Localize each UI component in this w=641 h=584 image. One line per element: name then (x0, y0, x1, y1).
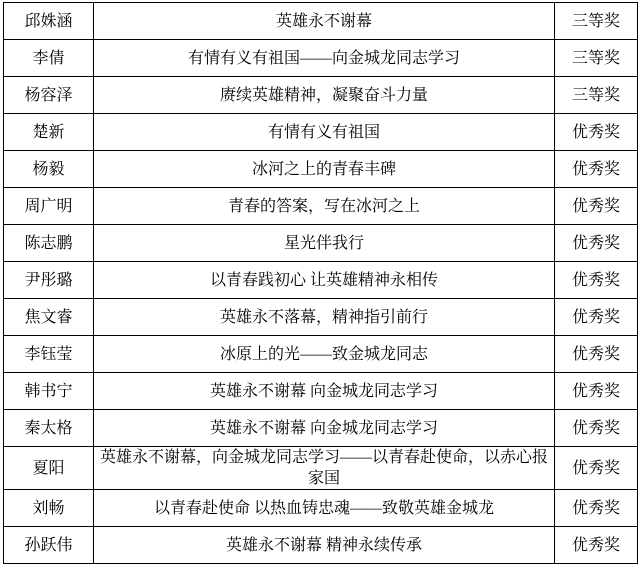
table-row: 邱姝涵英雄永不谢幕三等奖 (4, 3, 638, 40)
student-name-cell: 楚新 (4, 114, 94, 151)
award-cell: 优秀奖 (555, 114, 638, 151)
work-title-cell: 星光伴我行 (94, 225, 555, 262)
work-title-cell: 以青春践初心 让英雄精神永相传 (94, 262, 555, 299)
work-title-cell: 有情有义有祖国 (94, 114, 555, 151)
student-name-cell: 尹彤璐 (4, 262, 94, 299)
table-row: 夏阳英雄永不谢幕，向金城龙同志学习——以青春赴使命，以赤心报家国优秀奖 (4, 447, 638, 490)
table-row: 杨毅冰河之上的青春丰碑优秀奖 (4, 151, 638, 188)
award-cell: 三等奖 (555, 40, 638, 77)
award-cell: 优秀奖 (555, 410, 638, 447)
work-title-cell: 英雄永不谢幕 向金城龙同志学习 (94, 373, 555, 410)
table-row: 杨容泽赓续英雄精神，凝聚奋斗力量三等奖 (4, 77, 638, 114)
table-row: 周广明青春的答案，写在冰河之上优秀奖 (4, 188, 638, 225)
table-row: 李钰莹冰原上的光——致金城龙同志优秀奖 (4, 336, 638, 373)
work-title-cell: 英雄永不谢幕 (94, 3, 555, 40)
work-title-cell: 英雄永不谢幕 向金城龙同志学习 (94, 410, 555, 447)
student-name-cell: 李钰莹 (4, 336, 94, 373)
award-cell: 优秀奖 (555, 151, 638, 188)
table-row: 韩书宁英雄永不谢幕 向金城龙同志学习优秀奖 (4, 373, 638, 410)
award-cell: 优秀奖 (555, 225, 638, 262)
work-title-cell: 英雄永不谢幕 精神永续传承 (94, 527, 555, 564)
table-row: 李倩有情有义有祖国——向金城龙同志学习三等奖 (4, 40, 638, 77)
student-name-cell: 李倩 (4, 40, 94, 77)
work-title-cell: 赓续英雄精神，凝聚奋斗力量 (94, 77, 555, 114)
award-cell: 优秀奖 (555, 299, 638, 336)
award-cell: 优秀奖 (555, 336, 638, 373)
work-title-cell: 冰河之上的青春丰碑 (94, 151, 555, 188)
work-title-cell: 有情有义有祖国——向金城龙同志学习 (94, 40, 555, 77)
award-cell: 优秀奖 (555, 188, 638, 225)
award-cell: 三等奖 (555, 77, 638, 114)
work-title-cell: 冰原上的光——致金城龙同志 (94, 336, 555, 373)
award-cell: 优秀奖 (555, 490, 638, 527)
table-row: 陈志鹏星光伴我行优秀奖 (4, 225, 638, 262)
work-title-cell: 英雄永不谢幕，向金城龙同志学习——以青春赴使命，以赤心报家国 (94, 447, 555, 490)
award-cell: 三等奖 (555, 3, 638, 40)
table-row: 尹彤璐以青春践初心 让英雄精神永相传优秀奖 (4, 262, 638, 299)
work-title-cell: 青春的答案，写在冰河之上 (94, 188, 555, 225)
award-table: 邱姝涵英雄永不谢幕三等奖李倩有情有义有祖国——向金城龙同志学习三等奖杨容泽赓续英… (3, 2, 638, 564)
student-name-cell: 刘畅 (4, 490, 94, 527)
student-name-cell: 韩书宁 (4, 373, 94, 410)
award-cell: 优秀奖 (555, 527, 638, 564)
award-cell: 优秀奖 (555, 373, 638, 410)
student-name-cell: 陈志鹏 (4, 225, 94, 262)
student-name-cell: 焦文睿 (4, 299, 94, 336)
table-row: 孙跃伟英雄永不谢幕 精神永续传承优秀奖 (4, 527, 638, 564)
student-name-cell: 孙跃伟 (4, 527, 94, 564)
student-name-cell: 杨容泽 (4, 77, 94, 114)
work-title-cell: 英雄永不落幕，精神指引前行 (94, 299, 555, 336)
student-name-cell: 夏阳 (4, 447, 94, 490)
student-name-cell: 邱姝涵 (4, 3, 94, 40)
work-title-cell: 以青春赴使命 以热血铸忠魂——致敬英雄金城龙 (94, 490, 555, 527)
table-row: 焦文睿英雄永不落幕，精神指引前行优秀奖 (4, 299, 638, 336)
award-cell: 优秀奖 (555, 262, 638, 299)
student-name-cell: 秦太格 (4, 410, 94, 447)
award-table-body: 邱姝涵英雄永不谢幕三等奖李倩有情有义有祖国——向金城龙同志学习三等奖杨容泽赓续英… (4, 3, 638, 564)
table-row: 楚新有情有义有祖国优秀奖 (4, 114, 638, 151)
award-cell: 优秀奖 (555, 447, 638, 490)
table-row: 刘畅以青春赴使命 以热血铸忠魂——致敬英雄金城龙优秀奖 (4, 490, 638, 527)
student-name-cell: 周广明 (4, 188, 94, 225)
student-name-cell: 杨毅 (4, 151, 94, 188)
table-row: 秦太格英雄永不谢幕 向金城龙同志学习优秀奖 (4, 410, 638, 447)
document-page: 邱姝涵英雄永不谢幕三等奖李倩有情有义有祖国——向金城龙同志学习三等奖杨容泽赓续英… (0, 0, 641, 584)
